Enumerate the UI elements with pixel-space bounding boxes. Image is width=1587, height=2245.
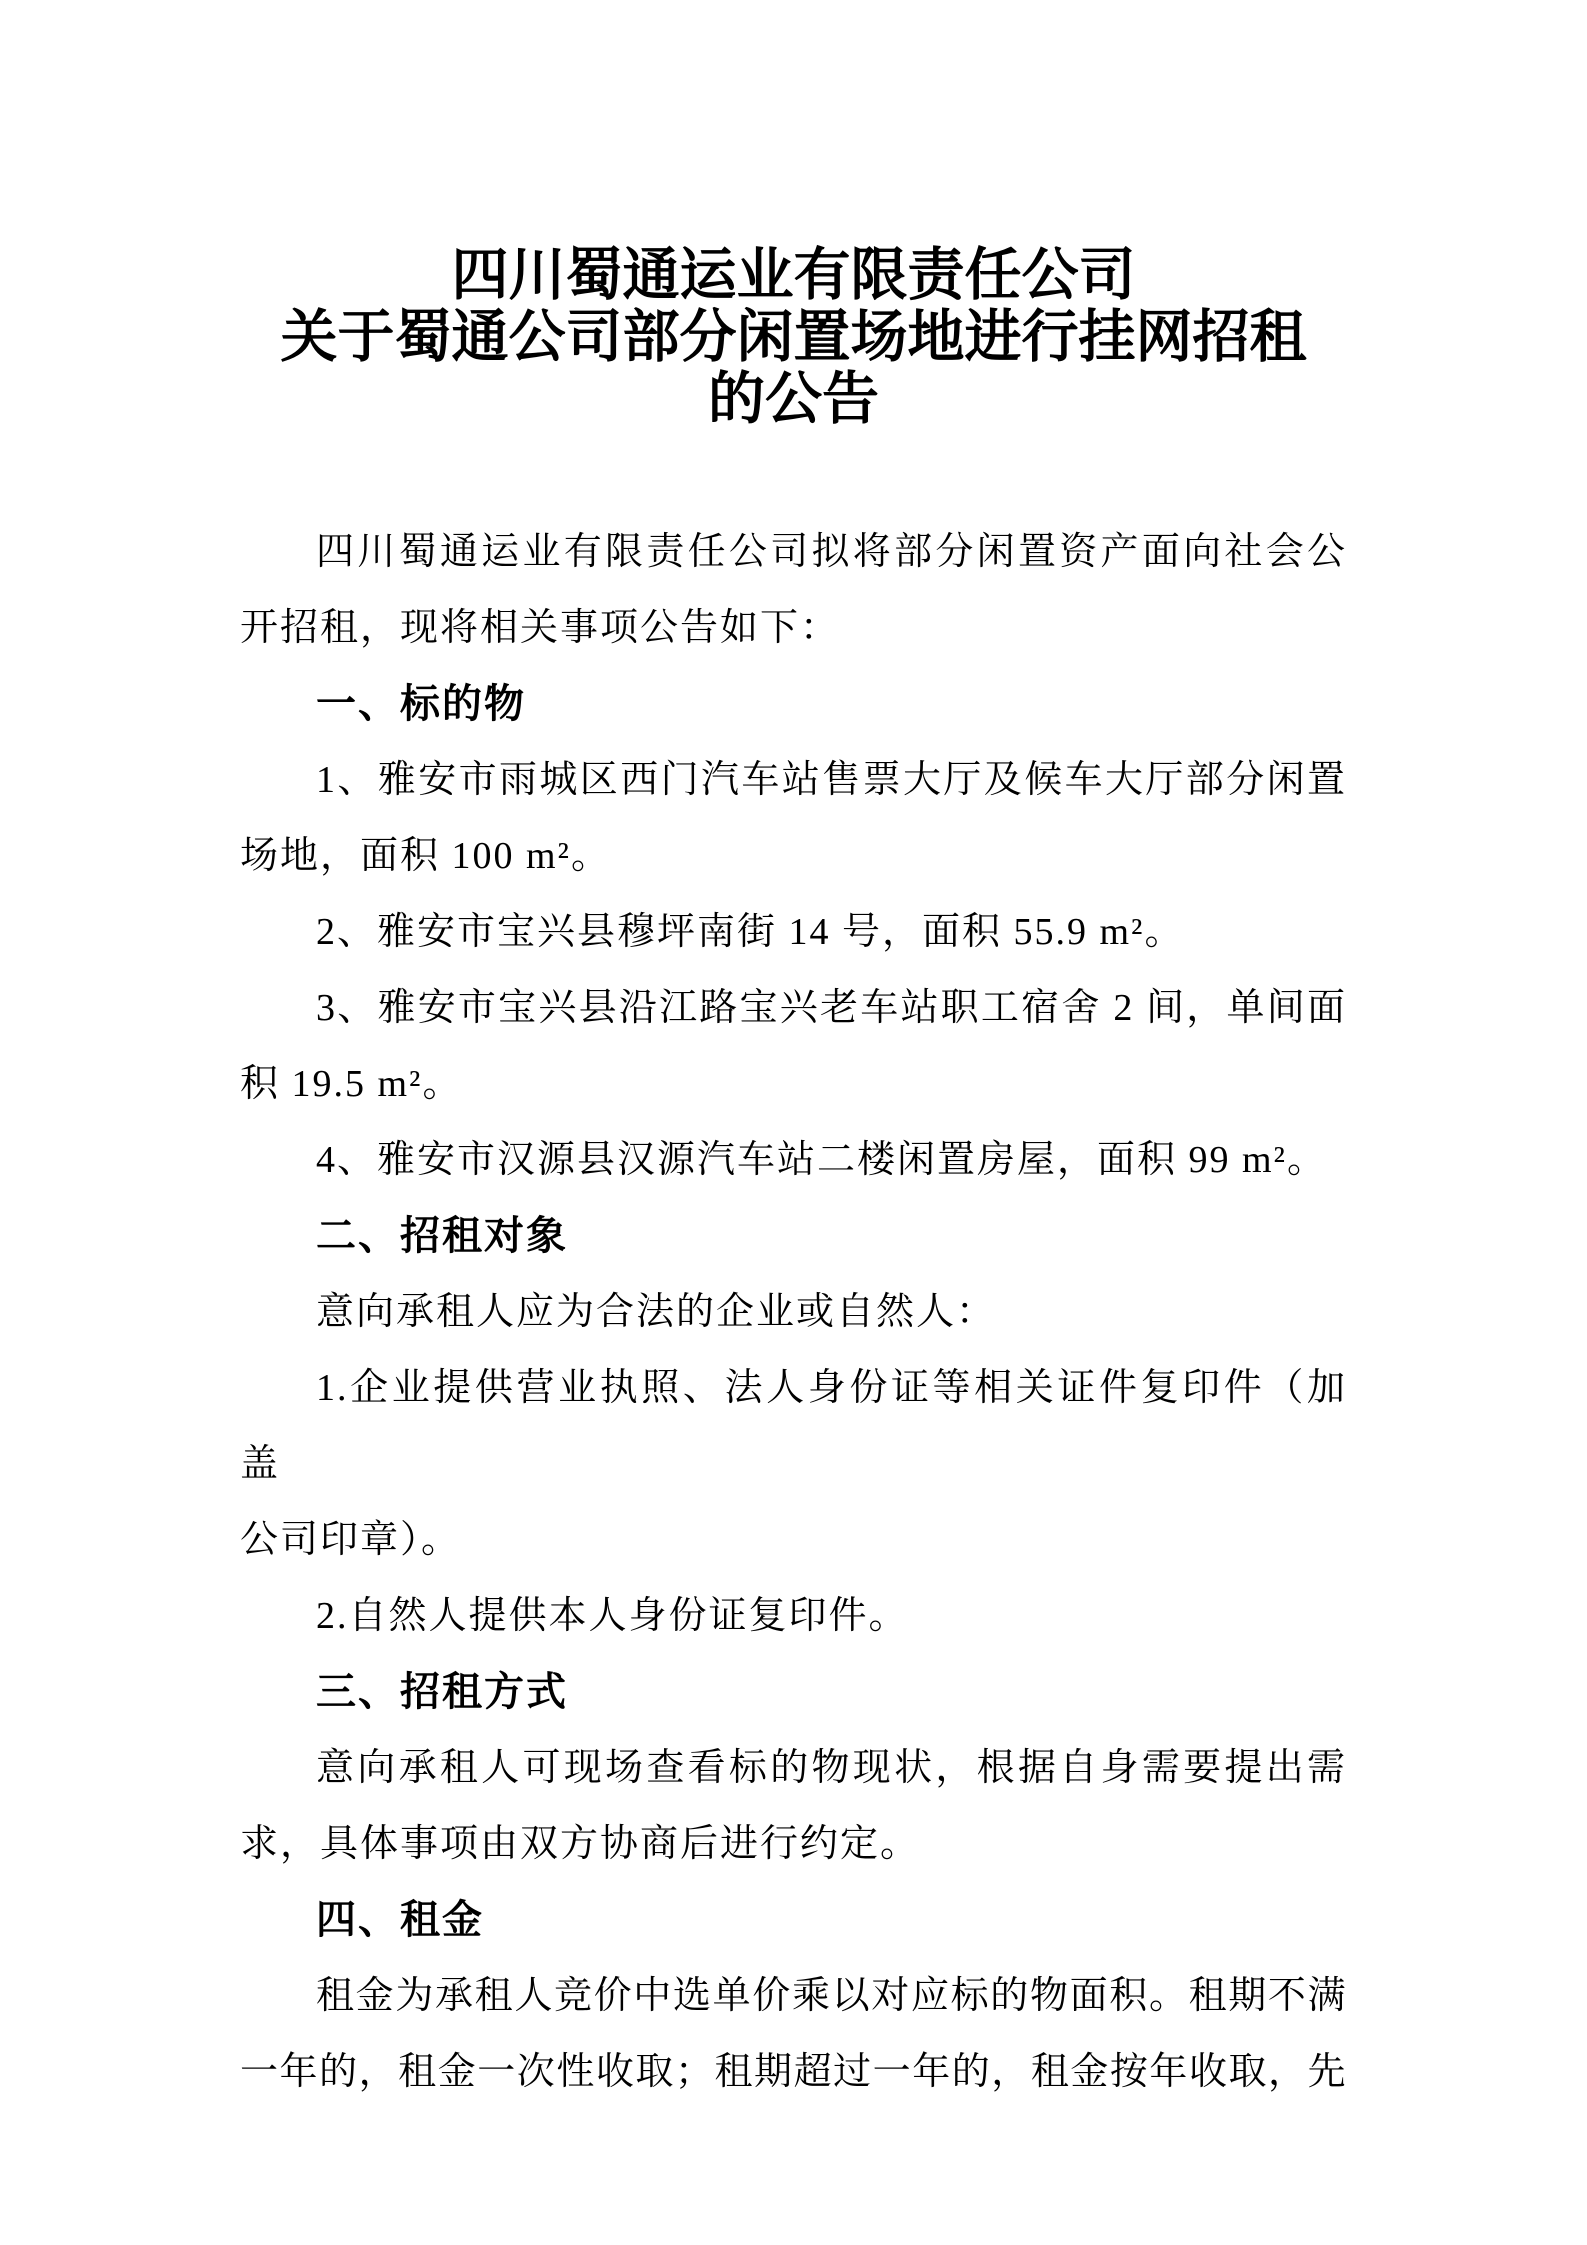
text-line: 公司印章）。 bbox=[240, 1502, 1347, 1578]
text-line: 求，具体事项由双方协商后进行约定。 bbox=[240, 1806, 1347, 1882]
text-line: 1.企业提供营业执照、法人身份证等相关证件复印件（加盖 bbox=[240, 1350, 1347, 1502]
rent-paragraph: 租金为承租人竞价中选单价乘以对应标的物面积。租期不满 一年的，租金一次性收取；租… bbox=[240, 1958, 1347, 2110]
target-item-1: 1、雅安市雨城区西门汽车站售票大厅及候车大厅部分闲置 场地，面积 100 m²。 bbox=[240, 742, 1347, 894]
heading-line: 一、标的物 bbox=[240, 666, 1347, 742]
document-title: 四川蜀通运业有限责任公司 关于蜀通公司部分闲置场地进行挂网招租 的公告 bbox=[240, 245, 1347, 431]
text-line: 一年的，租金一次性收取；租期超过一年的，租金按年收取，先 bbox=[240, 2034, 1347, 2110]
text-line: 开招租，现将相关事项公告如下： bbox=[240, 590, 1347, 666]
text-line: 3、雅安市宝兴县沿江路宝兴老车站职工宿舍 2 间，单间面 bbox=[240, 970, 1347, 1046]
document-body: 四川蜀通运业有限责任公司拟将部分闲置资产面向社会公 开招租，现将相关事项公告如下… bbox=[240, 514, 1347, 2110]
text-line: 场地，面积 100 m²。 bbox=[240, 818, 1347, 894]
intro-paragraph: 四川蜀通运业有限责任公司拟将部分闲置资产面向社会公 开招租，现将相关事项公告如下… bbox=[240, 514, 1347, 666]
section-heading-targets: 一、标的物 bbox=[240, 666, 1347, 742]
tenants-intro: 意向承租人应为合法的企业或自然人： bbox=[240, 1274, 1347, 1350]
title-line-3: 的公告 bbox=[240, 369, 1347, 431]
section-heading-tenants: 二、招租对象 bbox=[240, 1198, 1347, 1274]
document-page: 四川蜀通运业有限责任公司 关于蜀通公司部分闲置场地进行挂网招租 的公告 四川蜀通… bbox=[0, 0, 1587, 2245]
target-item-2: 2、雅安市宝兴县穆坪南街 14 号，面积 55.9 m²。 bbox=[240, 894, 1347, 970]
text-line: 租金为承租人竞价中选单价乘以对应标的物面积。租期不满 bbox=[240, 1958, 1347, 2034]
target-item-3: 3、雅安市宝兴县沿江路宝兴老车站职工宿舍 2 间，单间面 积 19.5 m²。 bbox=[240, 970, 1347, 1122]
section-heading-method: 三、招租方式 bbox=[240, 1654, 1347, 1730]
text-line: 意向承租人可现场查看标的物现状，根据自身需要提出需 bbox=[240, 1730, 1347, 1806]
section-heading-rent: 四、租金 bbox=[240, 1882, 1347, 1958]
title-line-2: 关于蜀通公司部分闲置场地进行挂网招租 bbox=[240, 307, 1347, 369]
heading-line: 四、租金 bbox=[240, 1882, 1347, 1958]
title-line-1: 四川蜀通运业有限责任公司 bbox=[240, 245, 1347, 307]
text-line: 1、雅安市雨城区西门汽车站售票大厅及候车大厅部分闲置 bbox=[240, 742, 1347, 818]
text-line: 2.自然人提供本人身份证复印件。 bbox=[240, 1578, 1347, 1654]
text-line: 积 19.5 m²。 bbox=[240, 1046, 1347, 1122]
heading-line: 三、招租方式 bbox=[240, 1654, 1347, 1730]
tenant-item-2: 2.自然人提供本人身份证复印件。 bbox=[240, 1578, 1347, 1654]
tenant-item-1: 1.企业提供营业执照、法人身份证等相关证件复印件（加盖 公司印章）。 bbox=[240, 1350, 1347, 1578]
text-line: 四川蜀通运业有限责任公司拟将部分闲置资产面向社会公 bbox=[240, 514, 1347, 590]
text-line: 2、雅安市宝兴县穆坪南街 14 号，面积 55.9 m²。 bbox=[240, 894, 1347, 970]
target-item-4: 4、雅安市汉源县汉源汽车站二楼闲置房屋，面积 99 m²。 bbox=[240, 1122, 1347, 1198]
heading-line: 二、招租对象 bbox=[240, 1198, 1347, 1274]
text-line: 4、雅安市汉源县汉源汽车站二楼闲置房屋，面积 99 m²。 bbox=[240, 1122, 1347, 1198]
method-paragraph: 意向承租人可现场查看标的物现状，根据自身需要提出需 求，具体事项由双方协商后进行… bbox=[240, 1730, 1347, 1882]
text-line: 意向承租人应为合法的企业或自然人： bbox=[240, 1274, 1347, 1350]
